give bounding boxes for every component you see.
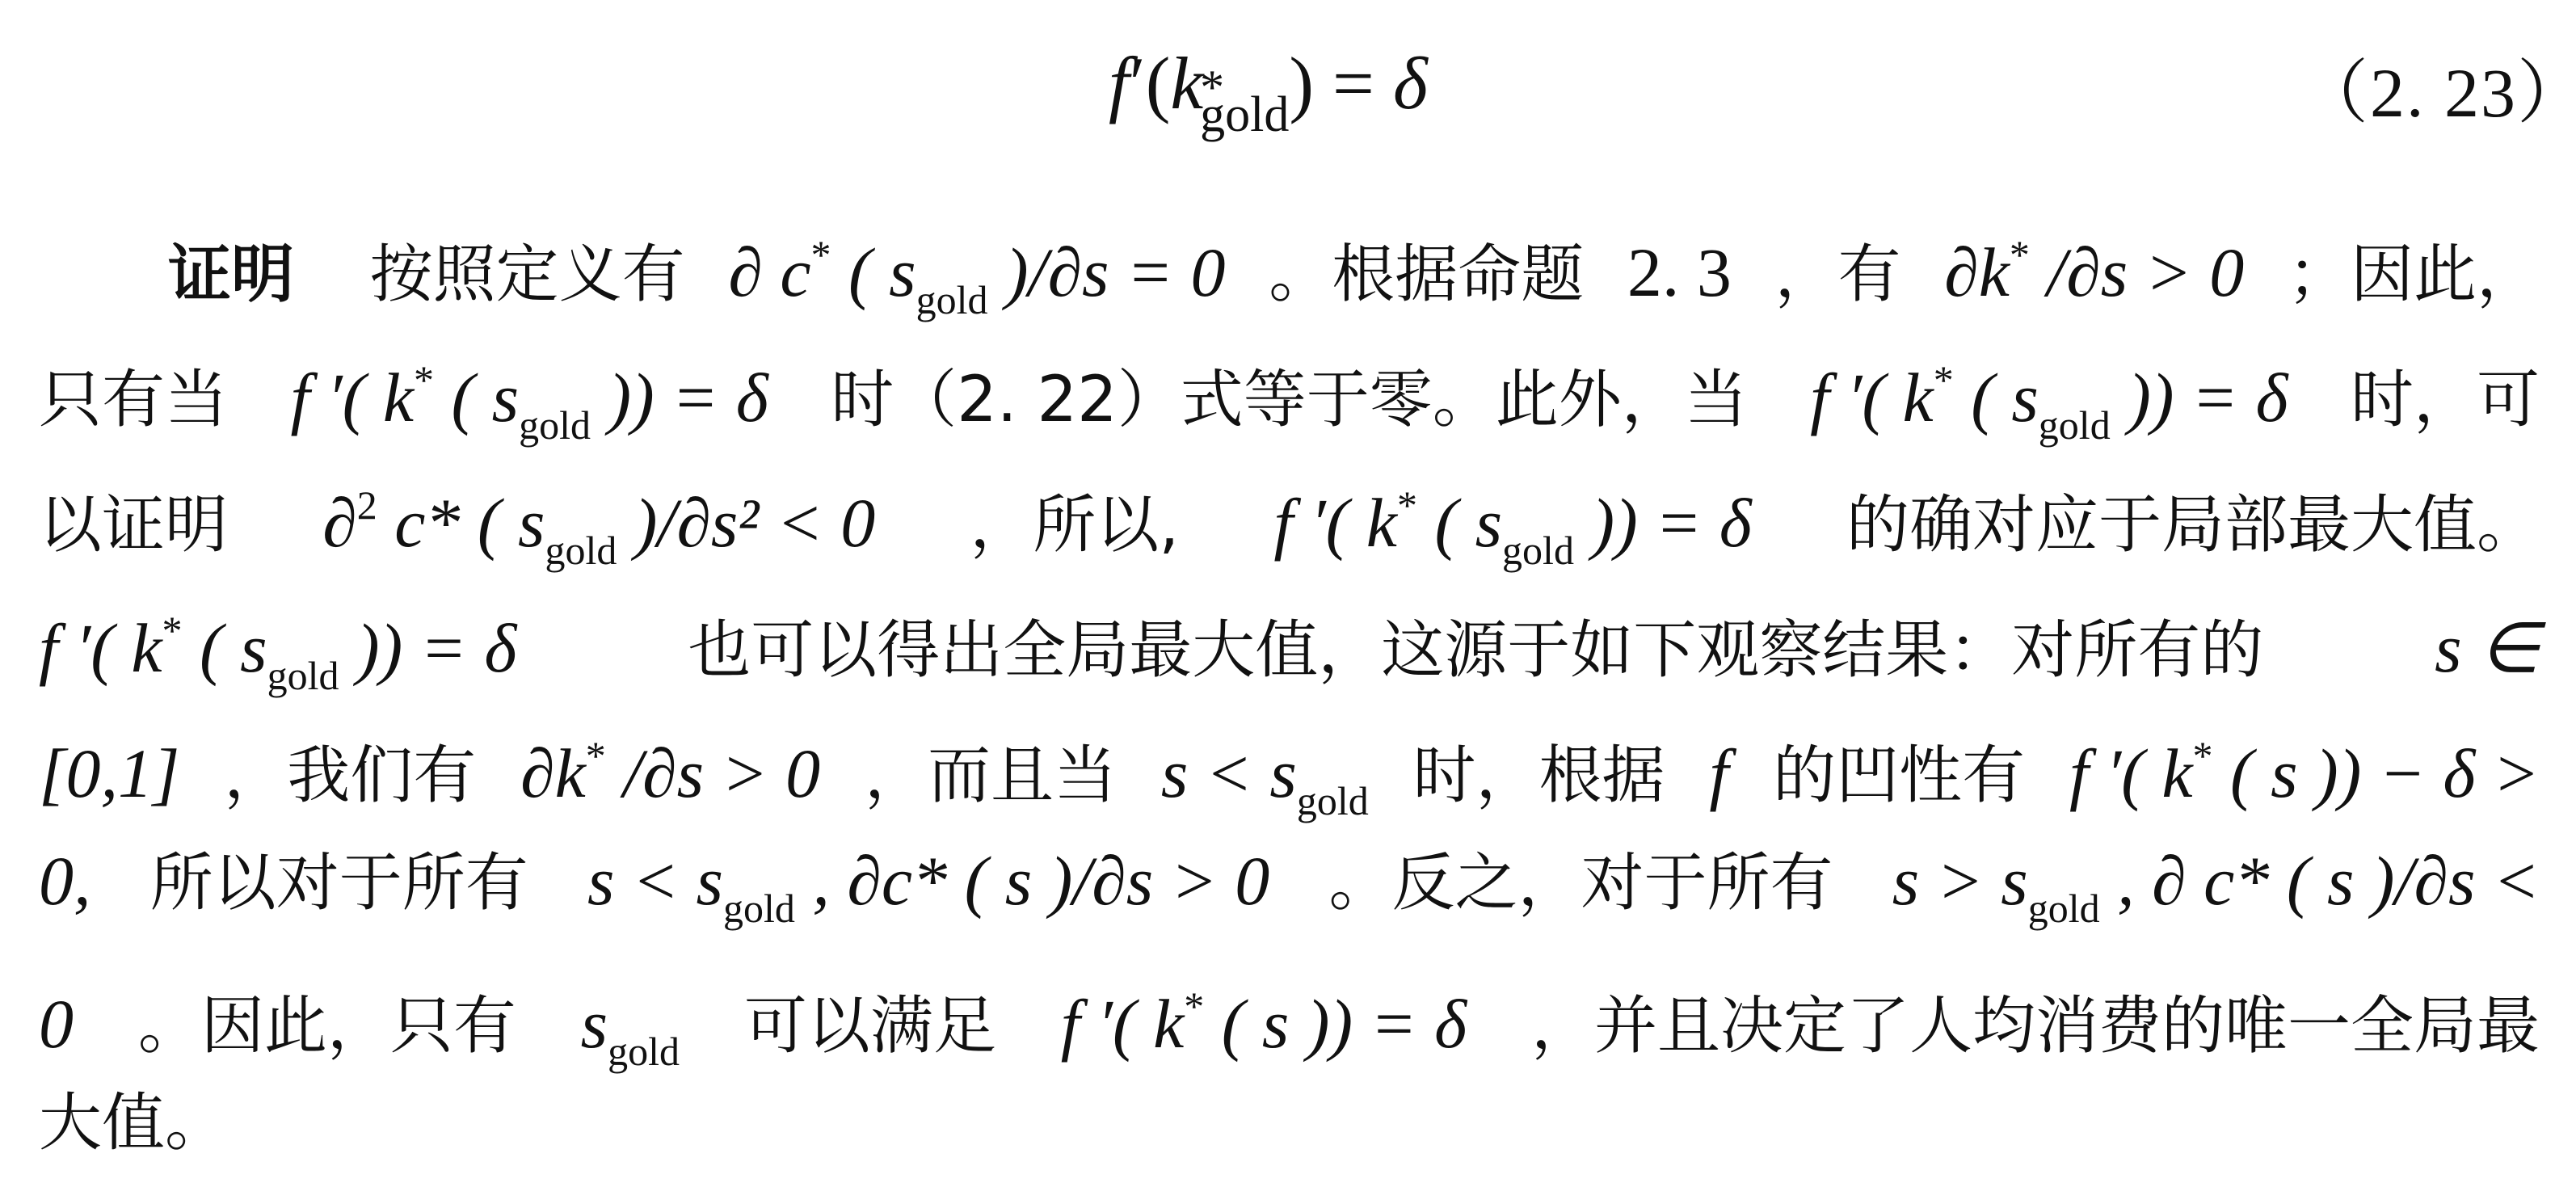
text-run: 也可以得出全局最大值，这源于如下观察结果：对所有的: [688, 598, 2263, 703]
text-run: ，所以,: [970, 473, 1179, 578]
eq-prime: ′: [1130, 42, 1146, 124]
math-expression: s ∈: [2435, 596, 2540, 701]
text-run: 以证明: [39, 473, 228, 578]
text-line: 0。因此，只有sgold可以满足f ′( k* ( s )) = δ，并且决定了…: [39, 954, 2540, 1059]
math-expression: f: [1709, 721, 1728, 826]
math-expression: f ′( k* ( s )) − δ >: [2069, 703, 2540, 826]
text-run: 的确对应于局部最大值。: [1846, 473, 2540, 578]
text-run: 。因此，只有: [138, 974, 516, 1079]
eq-open-paren: (: [1146, 42, 1171, 124]
math-expression: f ′( k* ( s )) = δ: [1061, 954, 1467, 1076]
text-run: 。反之，对于所有: [1329, 831, 1833, 936]
text-line: f ′( k* ( sgold )) = δ也可以得出全局最大值，这源于如下观察…: [39, 578, 2540, 683]
eq-rhs: δ: [1393, 42, 1428, 124]
text-run: 时，根据: [1413, 723, 1665, 828]
math-expression: 0,: [39, 828, 91, 933]
text-run: ，并且决定了人均消费的唯一全局最: [1531, 974, 2540, 1079]
math-expression: [0,1]: [39, 721, 179, 826]
eq-close-paren: ): [1289, 42, 1314, 124]
text-run: 。根据命题: [1269, 222, 1584, 327]
text-run: 所以对于所有: [150, 831, 528, 936]
display-equation: f′(k*gold) = δ （2. 23）: [0, 24, 2576, 154]
text-run: ；因此，: [2288, 222, 2540, 327]
text-line: 证明按照定义有∂ c* ( sgold )/∂s = 0。根据命题2. 3，有∂…: [39, 202, 2540, 307]
number-run: 2. 3: [1627, 220, 1732, 325]
equation-number: （2. 23）: [2299, 48, 2576, 137]
text-run: 按照定义有: [370, 222, 685, 327]
text-run: ，有: [1775, 222, 1901, 327]
text-line: 0,所以对于所有s < sgold , ∂c* ( s )/∂s > 0。反之，…: [39, 828, 2540, 933]
math-expression: ∂k* /∂s > 0: [1944, 202, 2244, 325]
text-run: ，我们有: [224, 723, 476, 828]
math-expression: s > sgold , ∂ c* ( s )/∂s <: [1892, 828, 2540, 961]
math-expression: ∂k* /∂s > 0: [520, 703, 820, 826]
text-run: 大值。: [39, 1071, 228, 1176]
text-line: 大值。: [39, 1071, 2540, 1176]
text-run: 只有当: [39, 347, 228, 453]
eq-subscript: gold: [1200, 87, 1289, 142]
text-run: 时，可: [2351, 347, 2540, 453]
text-run: 的凹性有: [1773, 723, 2025, 828]
math-expression: s < sgold , ∂c* ( s )/∂s > 0: [587, 828, 1269, 961]
text-run: 可以满足: [744, 974, 996, 1079]
eq-var: k: [1170, 42, 1203, 124]
text-line: 以证明∂2 c* ( sgold )/∂s² < 0，所以,f ′( k* ( …: [39, 453, 2540, 558]
text-line: 只有当f ′( k* ( sgold )) = δ时（2. 22）式等于零。此外…: [39, 327, 2540, 432]
eq-func: f: [1109, 42, 1130, 124]
math-expression: 0: [39, 971, 74, 1076]
text-line: [0,1]，我们有∂k* /∂s > 0，而且当s < sgold时，根据f的凹…: [39, 703, 2540, 808]
text-run: 时（2. 22）式等于零。此外，当: [831, 347, 1747, 453]
proof-label: 证明: [168, 222, 294, 327]
text-run: ，而且当: [865, 723, 1117, 828]
eq-equals: =: [1314, 42, 1393, 124]
equation-formula: f′(k*gold) = δ: [1109, 39, 1428, 137]
